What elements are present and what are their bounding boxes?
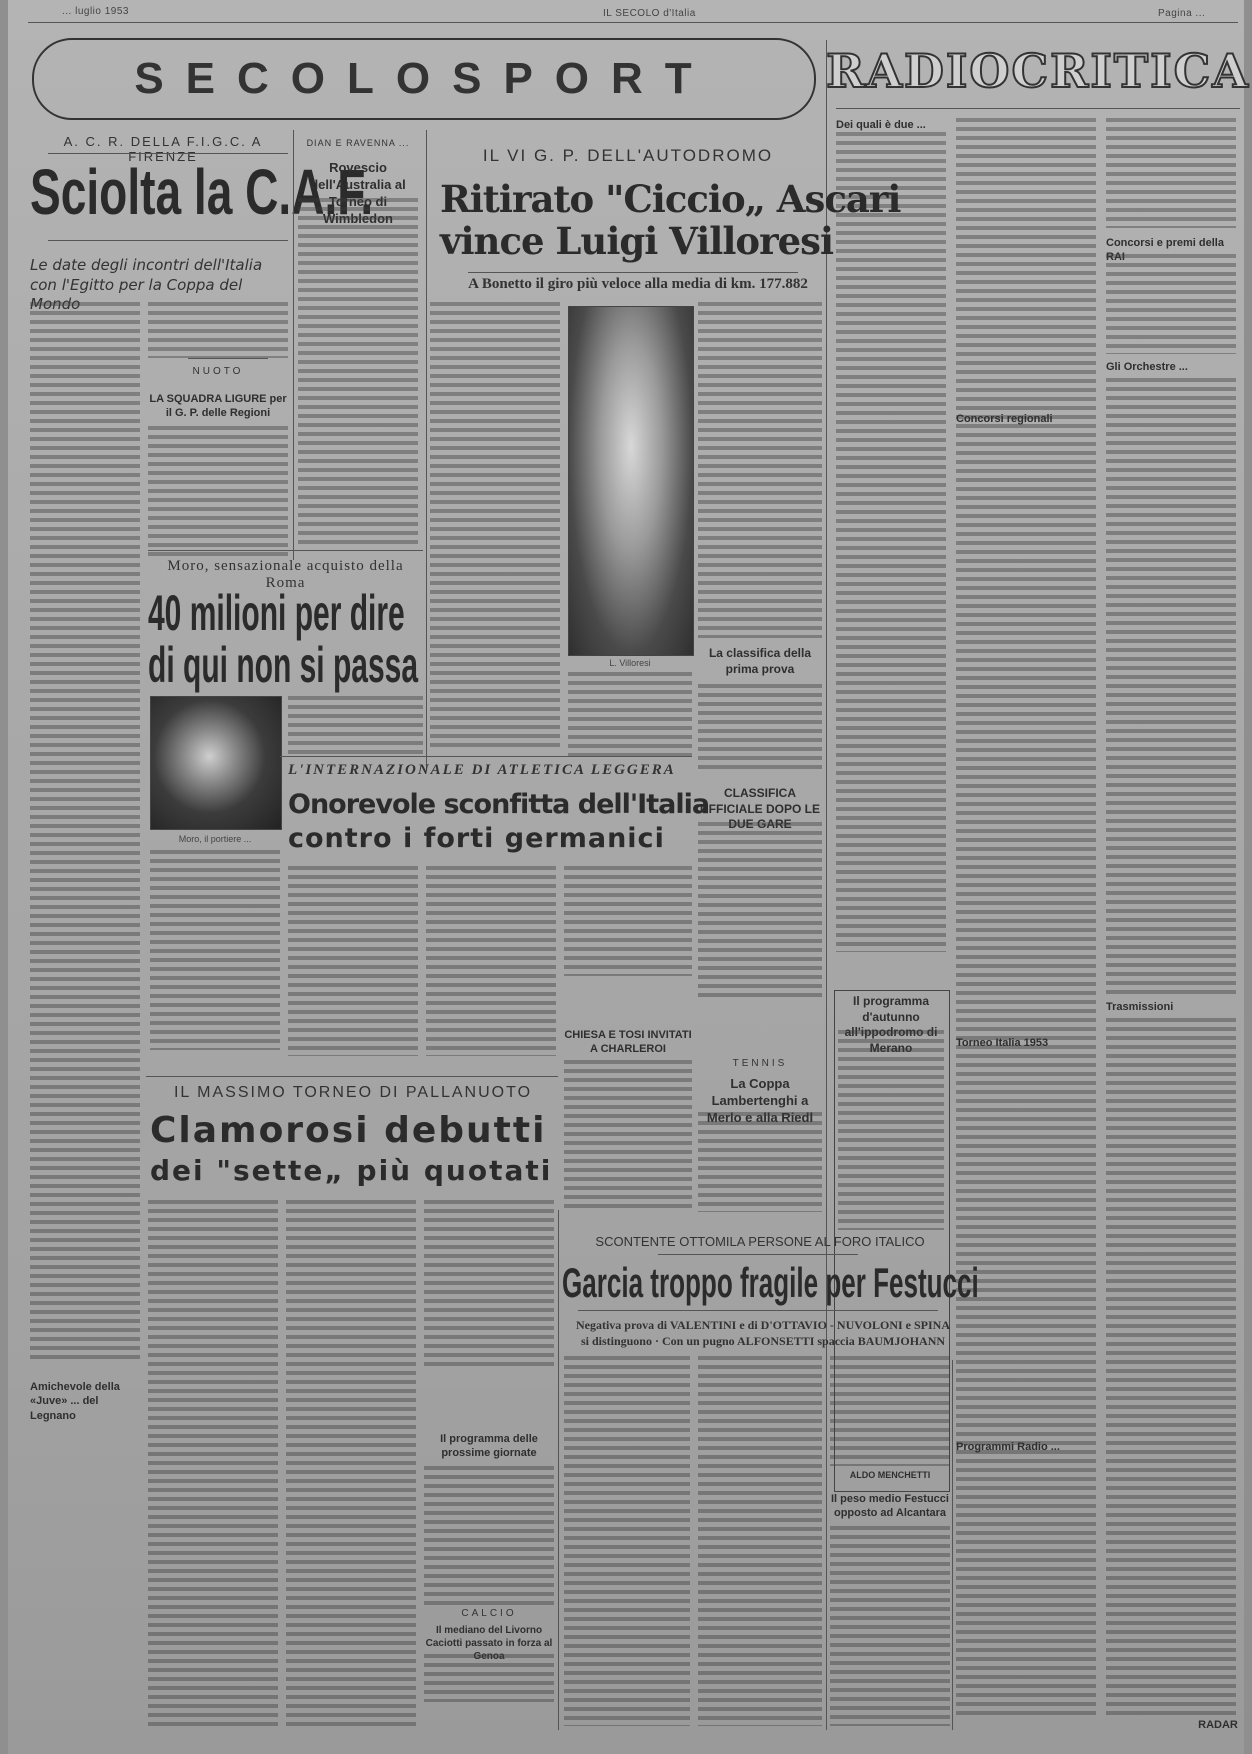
radio-signature: RADAR bbox=[1198, 1718, 1238, 1732]
atletica-text-2 bbox=[426, 866, 556, 1056]
rule bbox=[658, 1254, 858, 1255]
nuoto-text bbox=[148, 426, 288, 556]
radio-subhead: Gli Orchestre ... bbox=[1106, 360, 1236, 374]
atletica-kicker: L'INTERNAZIONALE DI ATLETICA LEGGERA bbox=[288, 762, 692, 779]
festucci-sub-headline: Il peso medio Festucci opposto ad Alcant… bbox=[830, 1492, 950, 1521]
festucci-text-4 bbox=[830, 1526, 950, 1726]
festucci-text-1 bbox=[564, 1356, 690, 1726]
wimbledon-text bbox=[298, 198, 418, 548]
autodromo-headline-2: vince Luigi Villoresi bbox=[440, 222, 833, 261]
festucci-byline: ALDO MENCHETTI bbox=[830, 1470, 950, 1482]
nuoto-headline: LA SQUADRA LIGURE per il G. P. delle Reg… bbox=[148, 392, 288, 421]
chiesa-text bbox=[564, 1060, 692, 1210]
autodromo-headline-1: Ritirato "Ciccio„ Ascari bbox=[440, 180, 900, 219]
festucci-deck-2: si distinguono · Con un pugno ALFONSETTI… bbox=[568, 1334, 958, 1349]
festucci-kicker: SCONTENTE OTTOMILA PERSONE AL FORO ITALI… bbox=[562, 1234, 958, 1249]
merano-text bbox=[838, 1030, 944, 1230]
caf-text bbox=[30, 302, 140, 1362]
atletica-text-3 bbox=[564, 866, 692, 976]
tennis-text bbox=[698, 1112, 822, 1212]
rule bbox=[148, 550, 423, 551]
wimbledon-kicker: DIAN E RAVENNA ... bbox=[298, 138, 418, 148]
moro-photo bbox=[150, 696, 282, 830]
column-divider bbox=[826, 40, 827, 1730]
radiocritica-title: RADIOCRITICA bbox=[838, 42, 1238, 100]
rule bbox=[468, 272, 798, 273]
classifica-first-text bbox=[698, 684, 822, 774]
festucci-text-2 bbox=[698, 1356, 822, 1726]
moro-photo-caption: Moro, il portiere ... bbox=[150, 834, 280, 844]
festucci-deck-1: Negativa prova di VALENTINI e di D'OTTAV… bbox=[568, 1318, 958, 1333]
atletica-headline-1: Onorevole sconfitta dell'Italia bbox=[288, 790, 709, 820]
pallanuoto-text-2 bbox=[286, 1200, 416, 1730]
juve-headline: Amichevole della «Juve» ... del Legnano bbox=[30, 1380, 140, 1423]
roma-headline-1: 40 milioni per dire bbox=[148, 588, 405, 638]
column-divider bbox=[426, 130, 427, 770]
atletica-headline-2: contro i forti germanici bbox=[288, 824, 665, 854]
calcio-kicker: CALCIO bbox=[424, 1608, 554, 1619]
radio-column-3b bbox=[1106, 254, 1236, 354]
column-divider bbox=[952, 1360, 953, 1730]
radio-column-3a bbox=[1106, 118, 1236, 228]
pallanuoto-headline-1: Clamorosi debutti bbox=[150, 1112, 546, 1150]
pallanuoto-kicker: IL MASSIMO TORNEO DI PALLANUOTO bbox=[148, 1084, 558, 1102]
calcio-text bbox=[424, 1654, 554, 1702]
rule bbox=[188, 358, 268, 359]
roma-headline-2: di qui non si passa bbox=[148, 640, 418, 690]
programma-headline: Il programma delle prossime giornate bbox=[424, 1432, 554, 1461]
tennis-kicker: TENNIS bbox=[698, 1058, 822, 1069]
radio-subhead: Trasmissioni bbox=[1106, 1000, 1236, 1014]
rule bbox=[146, 1076, 558, 1077]
radio-column-2 bbox=[956, 118, 1096, 1718]
section-masthead: SECOLOSPORT bbox=[32, 38, 816, 120]
autodromo-deck: A Bonetto il giro più veloce alla media … bbox=[448, 276, 828, 293]
radio-subhead: Concorsi regionali bbox=[956, 412, 1086, 426]
classifica-first-headline: La classifica della prima prova bbox=[698, 646, 822, 677]
chiesa-headline: CHIESA E TOSI INVITATI A CHARLEROI bbox=[564, 1028, 692, 1057]
classifica-official-text bbox=[698, 822, 822, 998]
top-rule bbox=[28, 22, 1238, 23]
radio-column-3d bbox=[1106, 1018, 1236, 1718]
rule bbox=[280, 756, 692, 757]
radio-subhead: Torneo Italia 1953 bbox=[956, 1036, 1086, 1050]
festucci-headline: Garcia troppo fragile per Festucci bbox=[562, 1262, 979, 1304]
caf-text-2 bbox=[148, 302, 288, 358]
rule bbox=[578, 1310, 938, 1311]
nuoto-kicker: NUOTO bbox=[148, 366, 288, 377]
radio-subhead: Programmi Radio ... bbox=[956, 1440, 1096, 1454]
autodromo-text-3 bbox=[698, 302, 822, 638]
villoresi-photo-caption: L. Villoresi bbox=[568, 658, 692, 668]
programma-text bbox=[424, 1466, 554, 1606]
masthead-title: SECOLOSPORT bbox=[134, 54, 713, 104]
roma-text bbox=[150, 850, 280, 1050]
radio-subhead: Dei quali è due ... bbox=[836, 118, 936, 132]
villoresi-photo bbox=[568, 306, 694, 656]
pallanuoto-text-3 bbox=[424, 1200, 554, 1370]
festucci-text-3 bbox=[830, 1356, 950, 1466]
radio-rule bbox=[836, 108, 1240, 109]
rule bbox=[48, 153, 288, 154]
running-head-paper: IL SECOLO d'Italia bbox=[603, 8, 696, 19]
running-head-date: ... luglio 1953 bbox=[62, 6, 129, 17]
column-divider bbox=[293, 130, 294, 560]
pallanuoto-text-1 bbox=[148, 1200, 278, 1730]
autodromo-text-1 bbox=[430, 302, 560, 752]
newspaper-page: ... luglio 1953 IL SECOLO d'Italia Pagin… bbox=[8, 0, 1244, 1754]
radio-column-1 bbox=[836, 132, 946, 952]
radio-column-3c bbox=[1106, 378, 1236, 998]
pallanuoto-headline-2: dei "sette„ più quotati bbox=[150, 1156, 552, 1185]
column-divider bbox=[558, 1210, 559, 1730]
roma-text-2 bbox=[288, 696, 423, 754]
autodromo-text-2 bbox=[568, 672, 692, 762]
autodromo-kicker: IL VI G. P. DELL'AUTODROMO bbox=[428, 146, 828, 166]
rule bbox=[48, 240, 288, 241]
running-head-page: Pagina ... bbox=[1158, 8, 1205, 19]
atletica-text-1 bbox=[288, 866, 418, 1056]
